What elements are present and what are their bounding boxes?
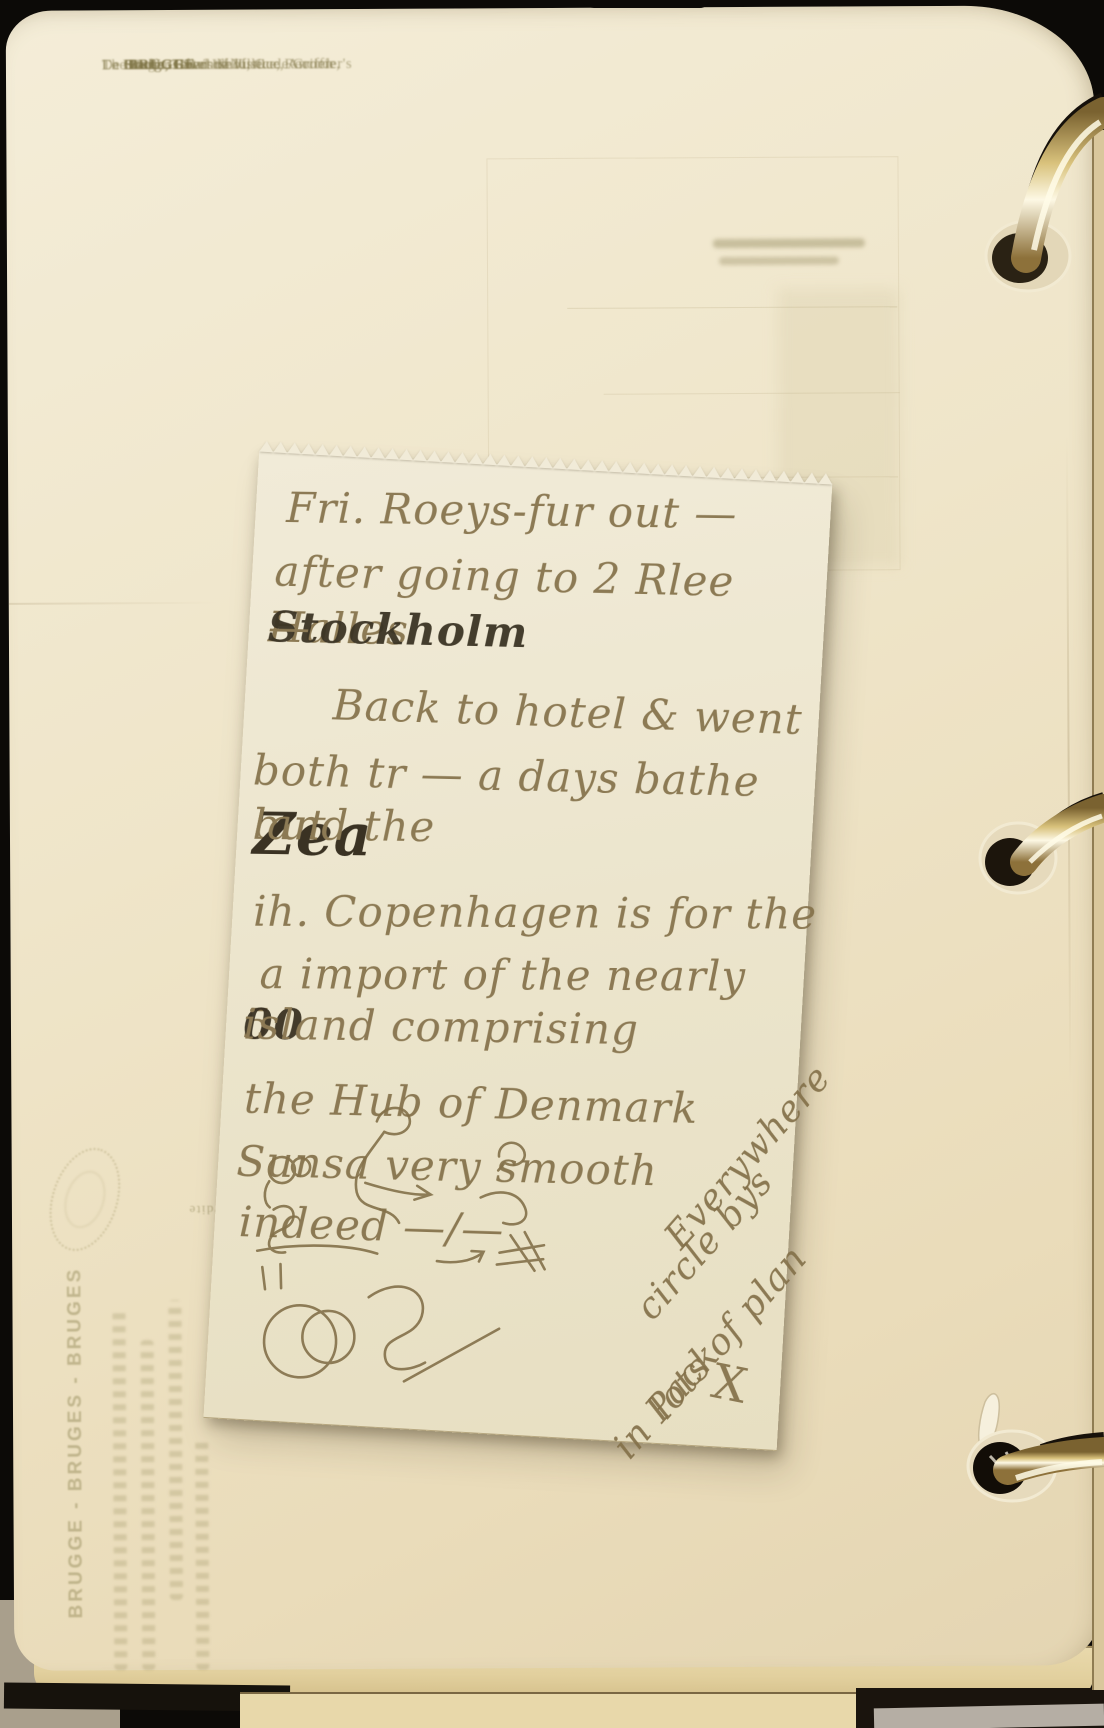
fold-line-horizontal bbox=[9, 602, 219, 605]
handwritten-word: land the bbox=[252, 800, 435, 852]
faded-print-smudge bbox=[713, 238, 865, 248]
vertical-text-smudge bbox=[168, 1300, 183, 1600]
handwritten-line-7: ih. Copenhagen is for the bbox=[253, 887, 817, 939]
page-top-notch bbox=[580, 0, 710, 8]
note-card: Fri. Roeys-fur out — after going to 2 Rl… bbox=[203, 440, 832, 1451]
bicycle-doodle-sketch bbox=[232, 1080, 592, 1421]
vertical-faded-caption: BRUGGE - BRUGES - BRUGES bbox=[64, 1238, 88, 1618]
handwritten-dash: — bbox=[267, 602, 311, 652]
handwritten-word: island comprising bbox=[243, 1000, 639, 1055]
adjacent-page-edge bbox=[1092, 130, 1104, 1690]
faded-print-caption: BRUGGE BRUGGE BRUGES De Burg : Gerechtsh… bbox=[102, 52, 582, 55]
handwritten-line-1: Fri. Roeys-fur out — bbox=[286, 483, 738, 538]
faded-print-smudge bbox=[719, 257, 839, 266]
photo-backdrop: BRUGGE BRUGGE BRUGES De Burg : Gerechtsh… bbox=[0, 0, 1104, 1728]
desk-surface-right bbox=[874, 1704, 1104, 1728]
handwritten-line-8: a import of the nearly bbox=[259, 949, 746, 1001]
page-edge-stack-lower bbox=[240, 1692, 890, 1728]
fold-line-vertical bbox=[1066, 435, 1071, 1085]
faded-caption-line: House, Town Hall. bbox=[102, 54, 244, 78]
handwritten-line-2: after going to 2 Rlee bbox=[274, 547, 735, 606]
vertical-text-smudge bbox=[195, 1440, 209, 1670]
vertical-text-smudge bbox=[141, 1340, 156, 1670]
album-page: BRUGGE BRUGGE BRUGES De Burg : Gerechtsh… bbox=[6, 5, 1103, 1671]
vertical-text-smudge bbox=[112, 1310, 127, 1670]
